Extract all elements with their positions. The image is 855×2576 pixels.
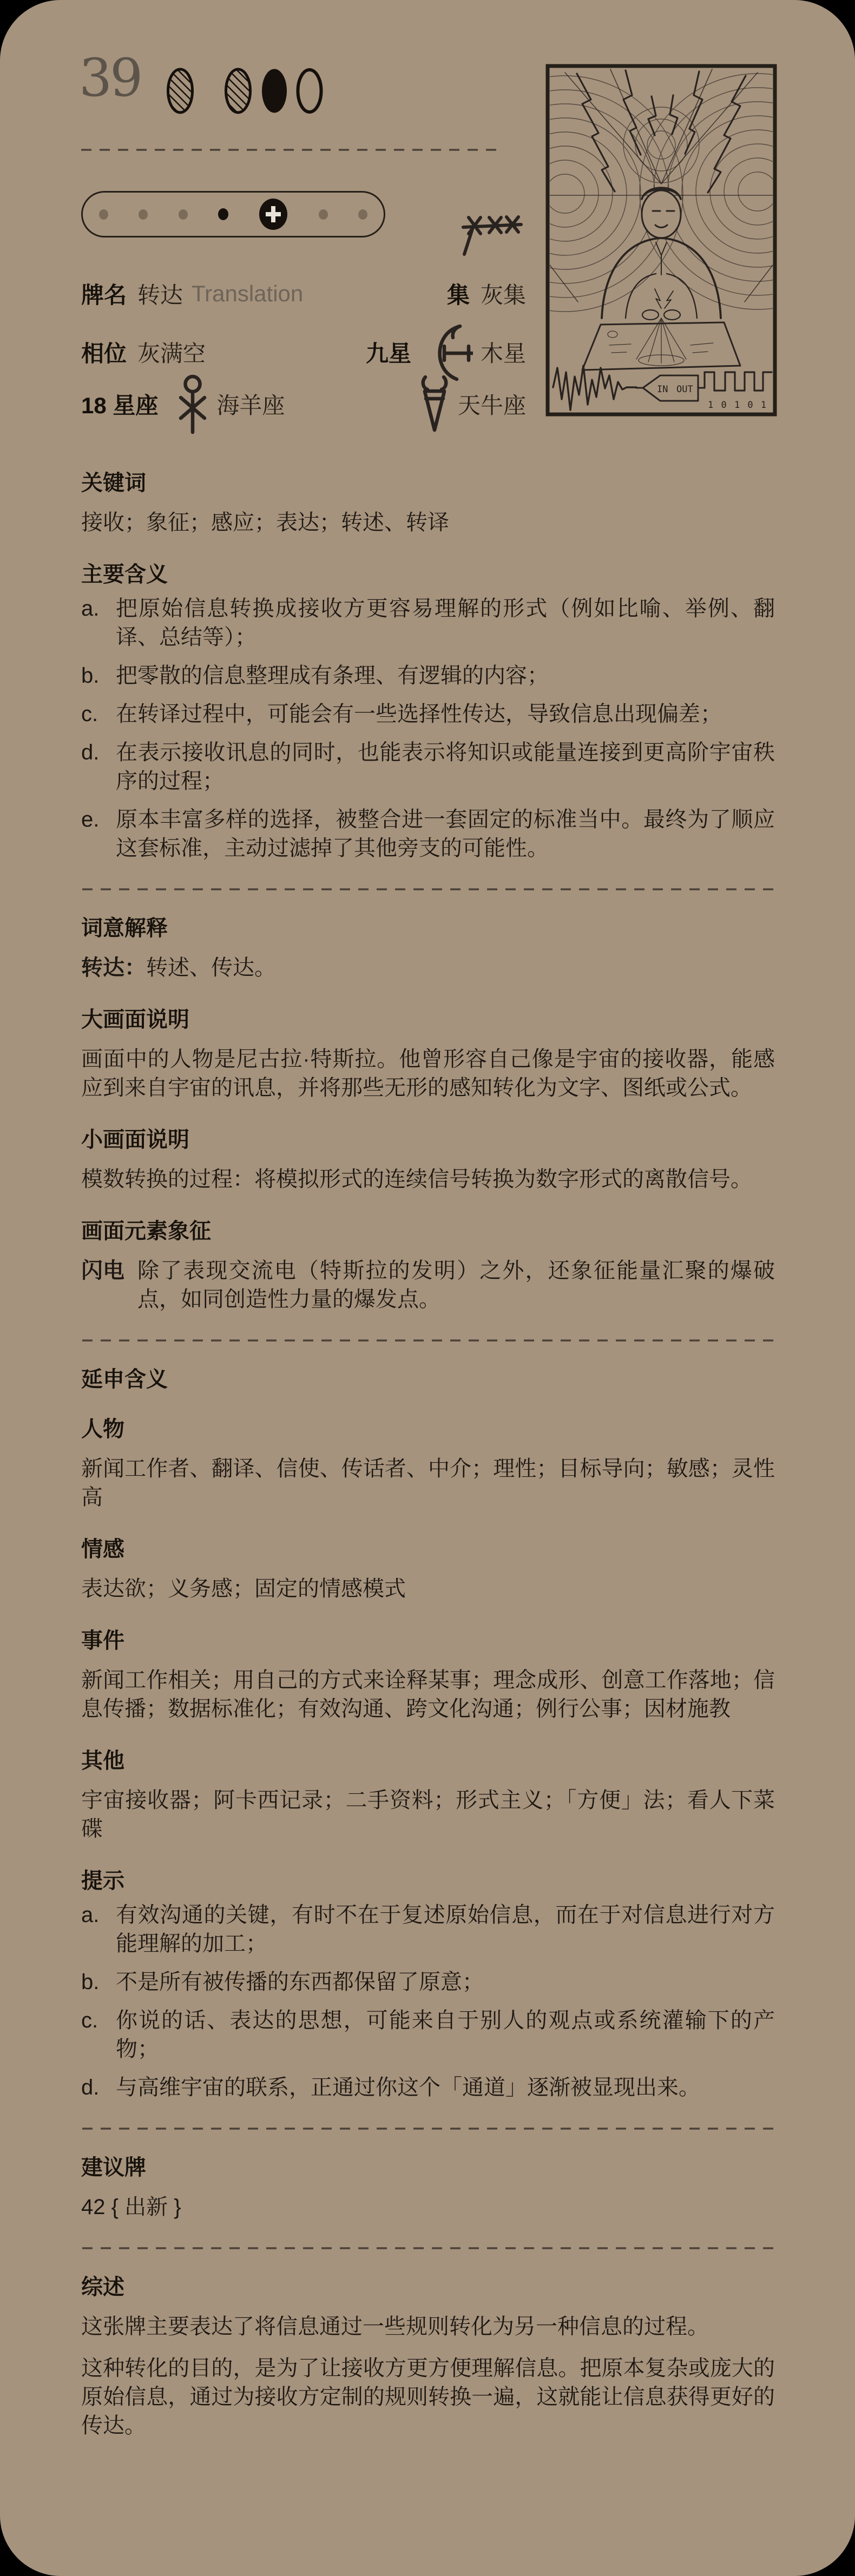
list-item: b.不是所有被传播的东西都保留了原意； (81, 1968, 775, 1997)
adc-out-label: OUT (676, 384, 693, 395)
keywords-text: 接收；象征；感应；表达；转述、转译 (81, 508, 775, 537)
info-row-name: 牌名 转达 Translation 集 灰集 (81, 278, 526, 309)
word-meaning-title: 词意解释 (81, 916, 775, 941)
list-item: a.把原始信息转换成接收方更容易理解的形式（例如比喻、举例、翻译、总结等）； (81, 595, 775, 652)
people-title: 人物 (81, 1417, 775, 1442)
big-picture-text: 画面中的人物是尼古拉·特斯拉。他曾形容自己像是宇宙的接收器，能感应到来自宇宙的讯… (81, 1045, 775, 1102)
summary-title: 综述 (81, 2275, 775, 2300)
summary-paragraph-2: 这种转化的目的，是为了让接收方更方便理解信息。把原本复杂或庞大的原始信息，通过为… (81, 2354, 775, 2440)
element-text: 除了表现交流电（特斯拉的发明）之外，还象征能量汇聚的爆破点，如同创造性力量的爆发… (137, 1257, 775, 1314)
summary-paragraph-1: 这张牌主要表达了将信息通过一些规则转化为另一种信息的过程。 (81, 2313, 775, 2341)
events-title: 事件 (81, 1628, 775, 1653)
progress-dot (358, 209, 367, 220)
list-item: d.与高维宇宙的联系，正通过你这个「通道」逐渐被显现出来。 (81, 2073, 775, 2102)
others-text: 宇宙接收器；阿卡西记录；二手资料；形式主义；「方便」法；看人下菜碟 (81, 1786, 775, 1844)
dashed-separator (81, 888, 775, 891)
small-picture-text: 模数转换的过程：将模拟形式的连续信号转换为数字形式的离散信号。 (81, 1165, 775, 1194)
dashed-separator-top (80, 148, 501, 151)
sea-goat-sigil-icon (176, 373, 209, 435)
hatched-oval-2 (226, 69, 251, 113)
elements-title: 画面元素象征 (81, 1219, 775, 1244)
barbed-line-sigil-icon (460, 208, 525, 260)
zodiac1-value: 海羊座 (216, 388, 285, 420)
solid-oval (262, 69, 287, 113)
phase-value: 灰满空 (137, 336, 206, 368)
set-label: 集 (447, 278, 470, 310)
plus-icon[interactable] (259, 198, 288, 230)
sky-bull-sigil-icon (419, 374, 450, 434)
people-text: 新闻工作者、翻译、信使、传话者、中介；理性；目标导向；敏感；灵性高 (81, 1455, 775, 1512)
tips-title: 提示 (81, 1868, 775, 1893)
progress-dot (139, 209, 148, 220)
dashed-separator (81, 1339, 775, 1342)
list-item: c.你说的话、表达的思想，可能来自于别人的观点或系统灌输下的产物； (81, 2006, 775, 2064)
list-item: d.在表示接收讯息的同时，也能表示将知识或能量连接到更高阶宇宙秩序的过程； (81, 738, 775, 796)
emotion-title: 情感 (81, 1537, 775, 1562)
dashed-separator (81, 2247, 775, 2250)
binary-digits: 1 0 1 0 1 0 1 (708, 400, 777, 411)
card-name-english: Translation (192, 281, 303, 307)
list-item: c.在转译过程中，可能会有一些选择性传达，导致信息出现偏差； (81, 700, 775, 729)
name-label: 牌名 (81, 278, 127, 310)
card-body: 关键词 接收；象征；感应；表达；转述、转译 主要含义 a.把原始信息转换成接收方… (81, 470, 775, 2440)
empty-oval (298, 70, 321, 112)
zodiac-label: 18 星座 (81, 388, 158, 420)
suggestion-text: 42 { 出新 } (81, 2193, 775, 2222)
hatched-oval-1 (168, 69, 193, 113)
card-header: 39 (0, 0, 855, 470)
progress-dot (319, 209, 328, 220)
list-item: b.把零散的信息整理成有条理、有逻辑的内容； (81, 662, 775, 690)
phase-label: 相位 (81, 336, 127, 368)
emotion-text: 表达欲；义务感；固定的情感模式 (81, 1575, 775, 1603)
progress-dot (179, 209, 188, 220)
phase-ovals (166, 67, 324, 115)
big-picture-title: 大画面说明 (81, 1007, 775, 1032)
zodiac2-value: 天牛座 (458, 388, 526, 420)
extended-title: 延申含义 (81, 1367, 775, 1392)
main-meanings-list: a.把原始信息转换成接收方更容易理解的形式（例如比喻、举例、翻译、总结等）； b… (81, 595, 775, 863)
element-lightning-row: 闪电 除了表现交流电（特斯拉的发明）之外，还象征能量汇聚的爆破点，如同创造性力量… (81, 1257, 775, 1314)
word-term: 转达： (81, 956, 146, 980)
dashed-separator (81, 2127, 775, 2130)
list-item: a.有效沟通的关键，有时不在于复述原始信息，而在于对信息进行对方能理解的加工； (81, 1901, 775, 1958)
word-meaning-text: 转达：转述、传达。 (81, 954, 775, 982)
list-item: e.原本丰富多样的选择，被整合进一套固定的标准当中。最终为了顺应这套标准，主动过… (81, 805, 775, 863)
main-meanings-title: 主要含义 (81, 562, 775, 587)
progress-dot-current (218, 208, 228, 220)
progress-dot (99, 209, 108, 220)
keywords-title: 关键词 (81, 471, 775, 496)
card-name: 转达 (137, 278, 183, 310)
tesla-illustration: IN OUT 1 0 1 0 1 0 1 (545, 64, 777, 417)
info-row-zodiac: 18 星座 海羊座 (81, 372, 526, 436)
adc-in-label: IN (657, 384, 668, 395)
star-value: 木星 (481, 336, 526, 368)
suggestion-title: 建议牌 (81, 2155, 775, 2180)
card-number: 39 (79, 52, 141, 104)
set-value: 灰集 (481, 278, 526, 310)
small-picture-title: 小画面说明 (81, 1127, 775, 1152)
star-label: 九星 (366, 336, 411, 368)
progress-pill[interactable] (81, 191, 385, 237)
tips-list: a.有效沟通的关键，有时不在于复述原始信息，而在于对信息进行对方能理解的加工； … (81, 1901, 775, 2102)
element-term: 闪电 (81, 1257, 124, 1314)
events-text: 新闻工作相关；用自己的方式来诠释某事；理念成形、创意工作落地；信息传播；数据标准… (81, 1666, 775, 1723)
card-page: 39 (0, 0, 855, 2576)
others-title: 其他 (81, 1748, 775, 1773)
